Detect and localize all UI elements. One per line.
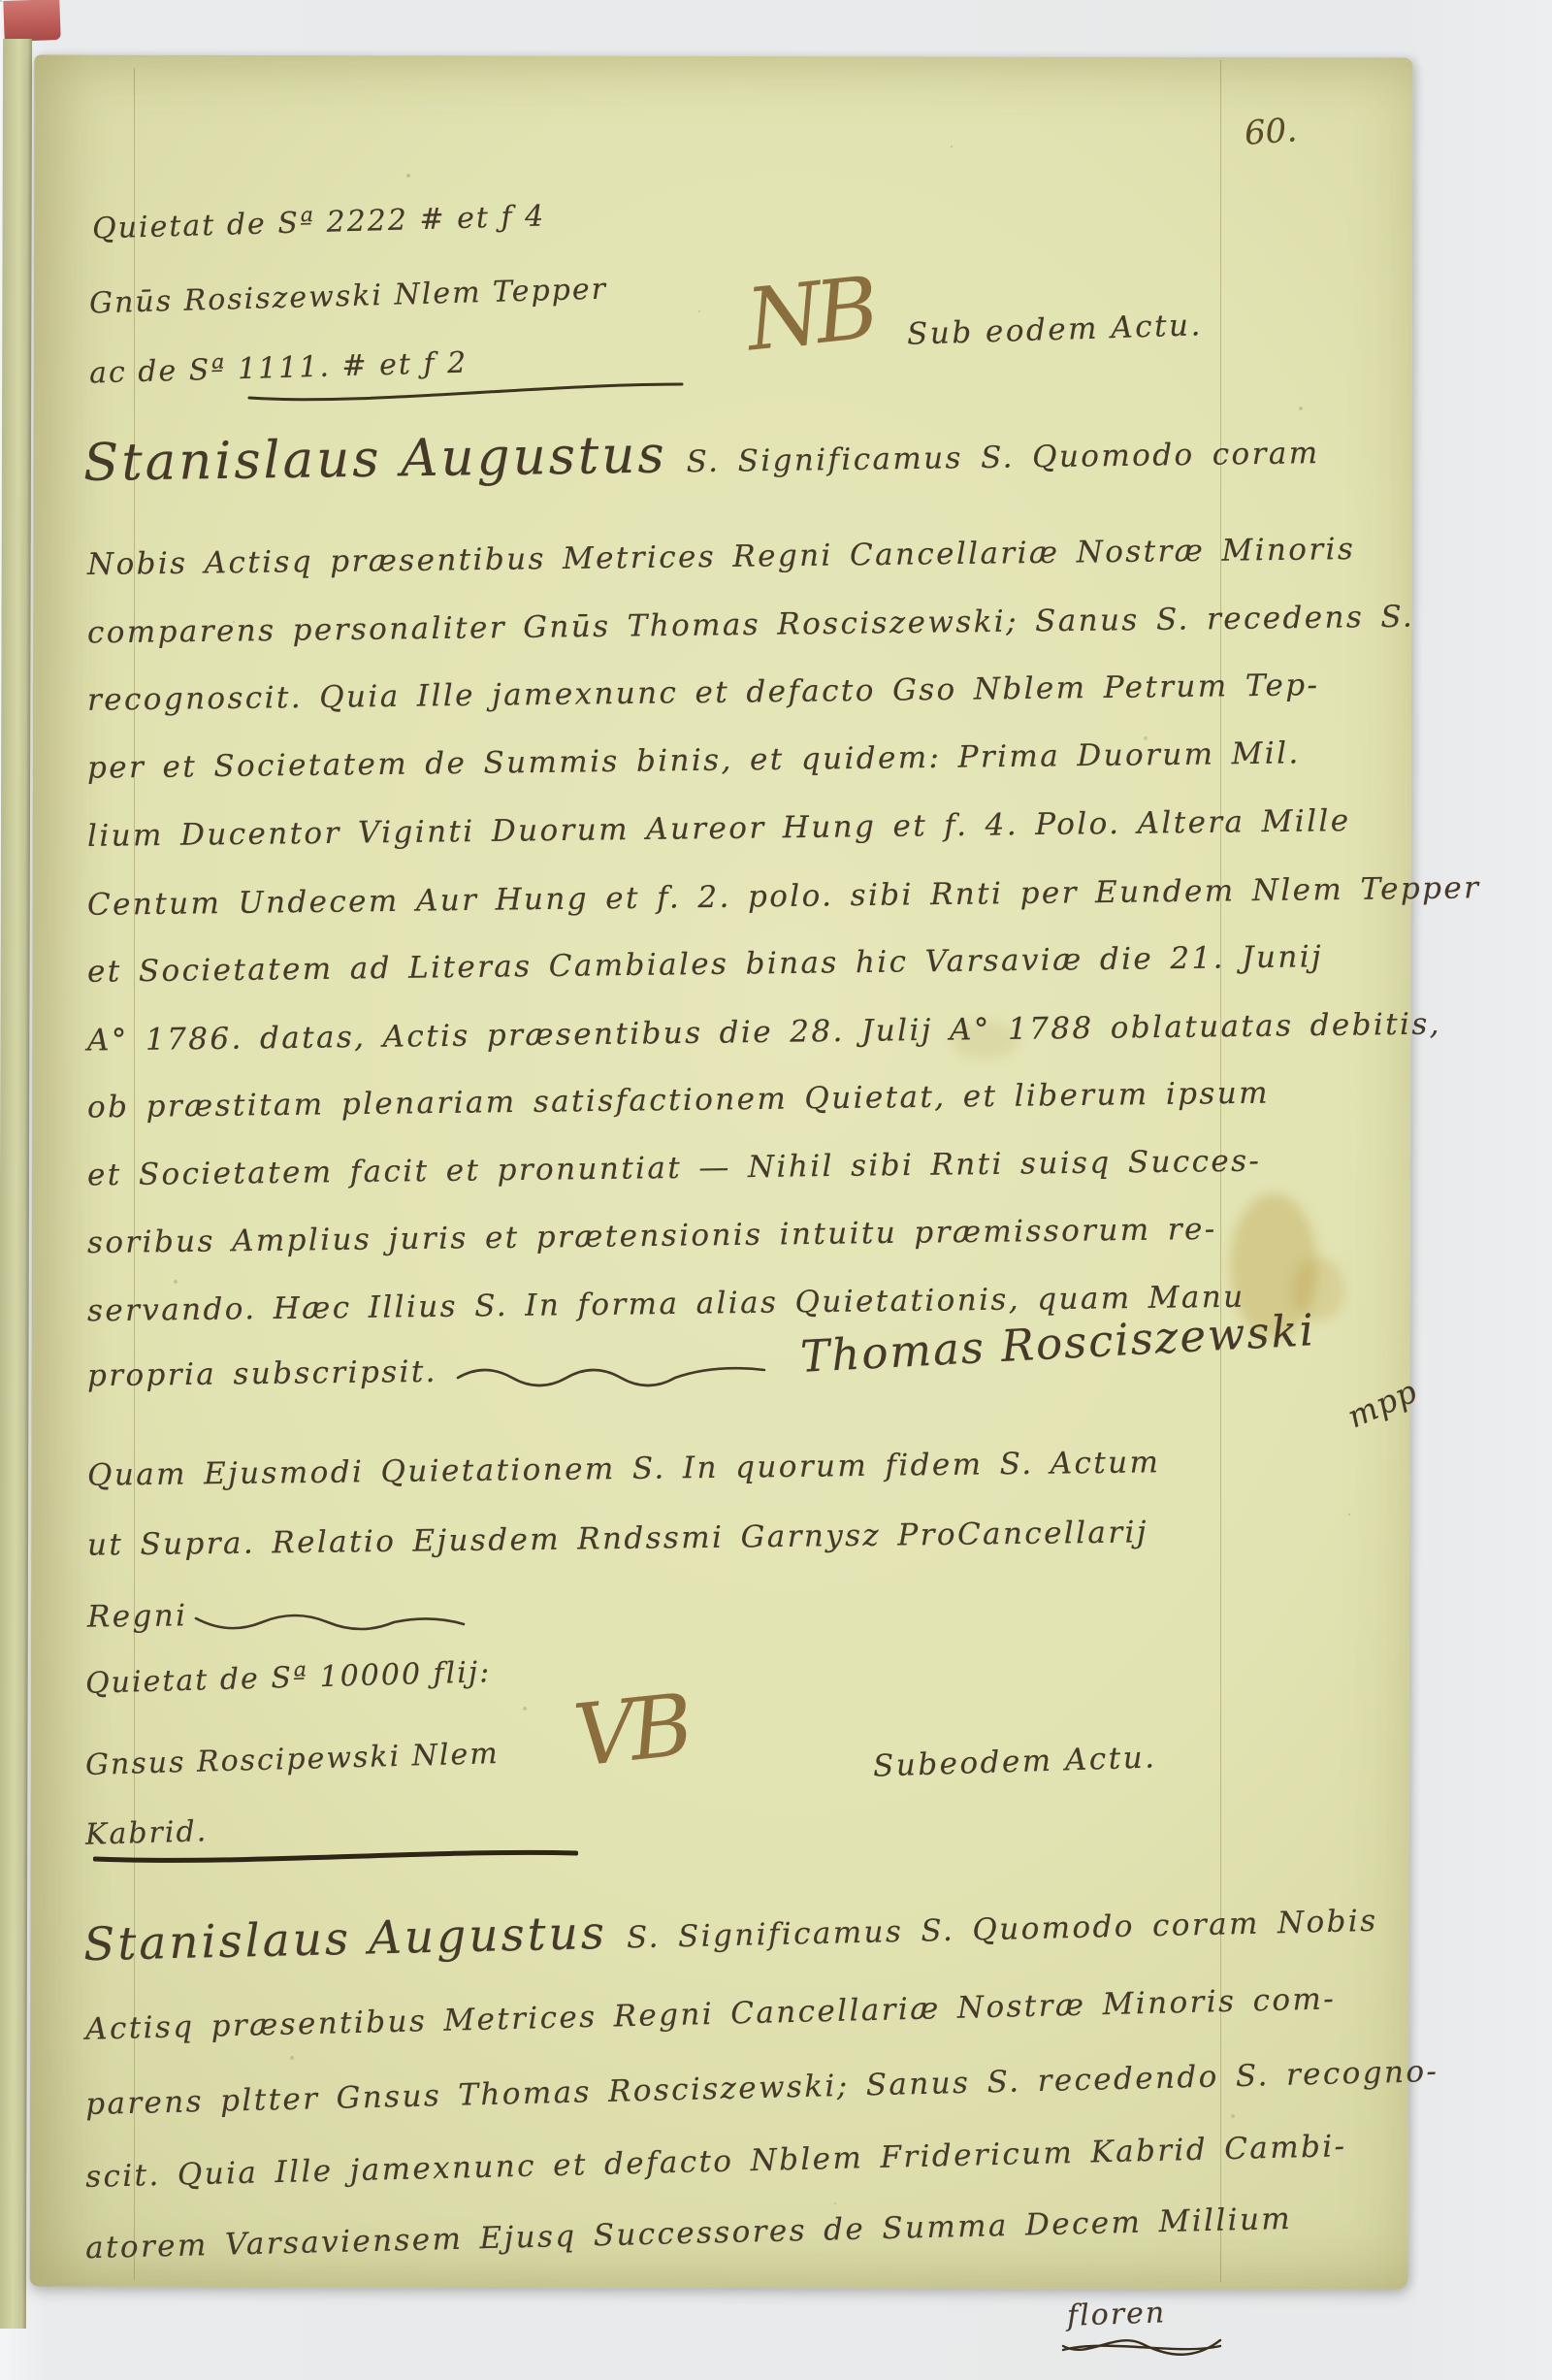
squiggle-flourish xyxy=(456,1356,766,1389)
relatio-line: Regni xyxy=(87,1598,188,1634)
royal-name: Stanislaus Augustus xyxy=(83,426,667,493)
intitulatio-continuation: S. Significamus S. Quomodo coram xyxy=(686,436,1319,479)
binding-edge xyxy=(0,39,32,2329)
paper-speckles xyxy=(0,0,2,2)
flourish-underline xyxy=(247,380,684,406)
clerk-mark: VB xyxy=(569,1675,692,1786)
clerk-mark: NB xyxy=(742,258,878,371)
squiggle-flourish xyxy=(194,1607,466,1636)
body-line: propria subscripsit. xyxy=(87,1354,437,1393)
folio-number: 60. xyxy=(1244,111,1299,153)
catchword-flourish xyxy=(1059,2332,1224,2358)
catchword: floren xyxy=(1066,2296,1166,2333)
red-bookmark-tab xyxy=(3,0,60,42)
flourish-underline xyxy=(93,1845,578,1867)
